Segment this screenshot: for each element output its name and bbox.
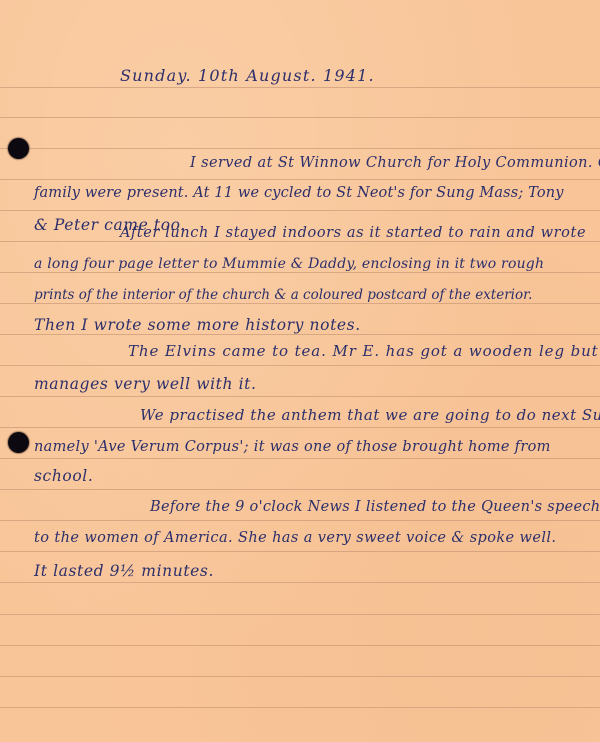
punch-hole <box>8 138 29 159</box>
diary-line: family were present. At 11 we cycled to … <box>34 186 564 201</box>
diary-line: to the women of America. She has a very … <box>34 531 556 546</box>
ruled-line <box>0 676 600 677</box>
ruled-line <box>0 117 600 118</box>
ruled-line <box>0 582 600 583</box>
ruled-line <box>0 520 600 521</box>
punch-hole <box>8 432 29 453</box>
ruled-line <box>0 365 600 366</box>
diary-line: namely 'Ave Verum Corpus'; it was one of… <box>34 440 551 455</box>
ruled-line <box>0 707 600 708</box>
ruled-line <box>0 458 600 459</box>
diary-page: Sunday. 10th August. 1941. I served at S… <box>0 0 600 742</box>
ruled-line <box>0 241 600 242</box>
entry-date-heading: Sunday. 10th August. 1941. <box>120 68 375 84</box>
diary-line: We practised the anthem that we are goin… <box>140 408 600 423</box>
ruled-line <box>0 489 600 490</box>
ruled-line <box>0 614 600 615</box>
ruled-line <box>0 272 600 273</box>
ruled-line <box>0 210 600 211</box>
diary-line: manages very well with it. <box>34 377 257 393</box>
diary-line: Then I wrote some more history notes. <box>34 318 361 334</box>
ruled-line <box>0 396 600 397</box>
diary-line: The Elvins came to tea. Mr E. has got a … <box>128 344 599 359</box>
diary-line: I served at St Winnow Church for Holy Co… <box>190 156 600 171</box>
ruled-line <box>0 551 600 552</box>
ruled-line <box>0 303 600 304</box>
diary-line: prints of the interior of the church & a… <box>34 289 532 303</box>
diary-line: school. <box>34 469 93 485</box>
diary-line: a long four page letter to Mummie & Dadd… <box>34 257 544 271</box>
diary-line: After lunch I stayed indoors as it start… <box>120 226 586 241</box>
ruled-line <box>0 179 600 180</box>
diary-line: It lasted 9½ minutes. <box>34 564 214 580</box>
ruled-line <box>0 427 600 428</box>
ruled-line <box>0 645 600 646</box>
ruled-line <box>0 148 600 149</box>
ruled-line <box>0 334 600 335</box>
ruled-line <box>0 87 600 88</box>
diary-line: Before the 9 o'clock News I listened to … <box>150 500 600 515</box>
